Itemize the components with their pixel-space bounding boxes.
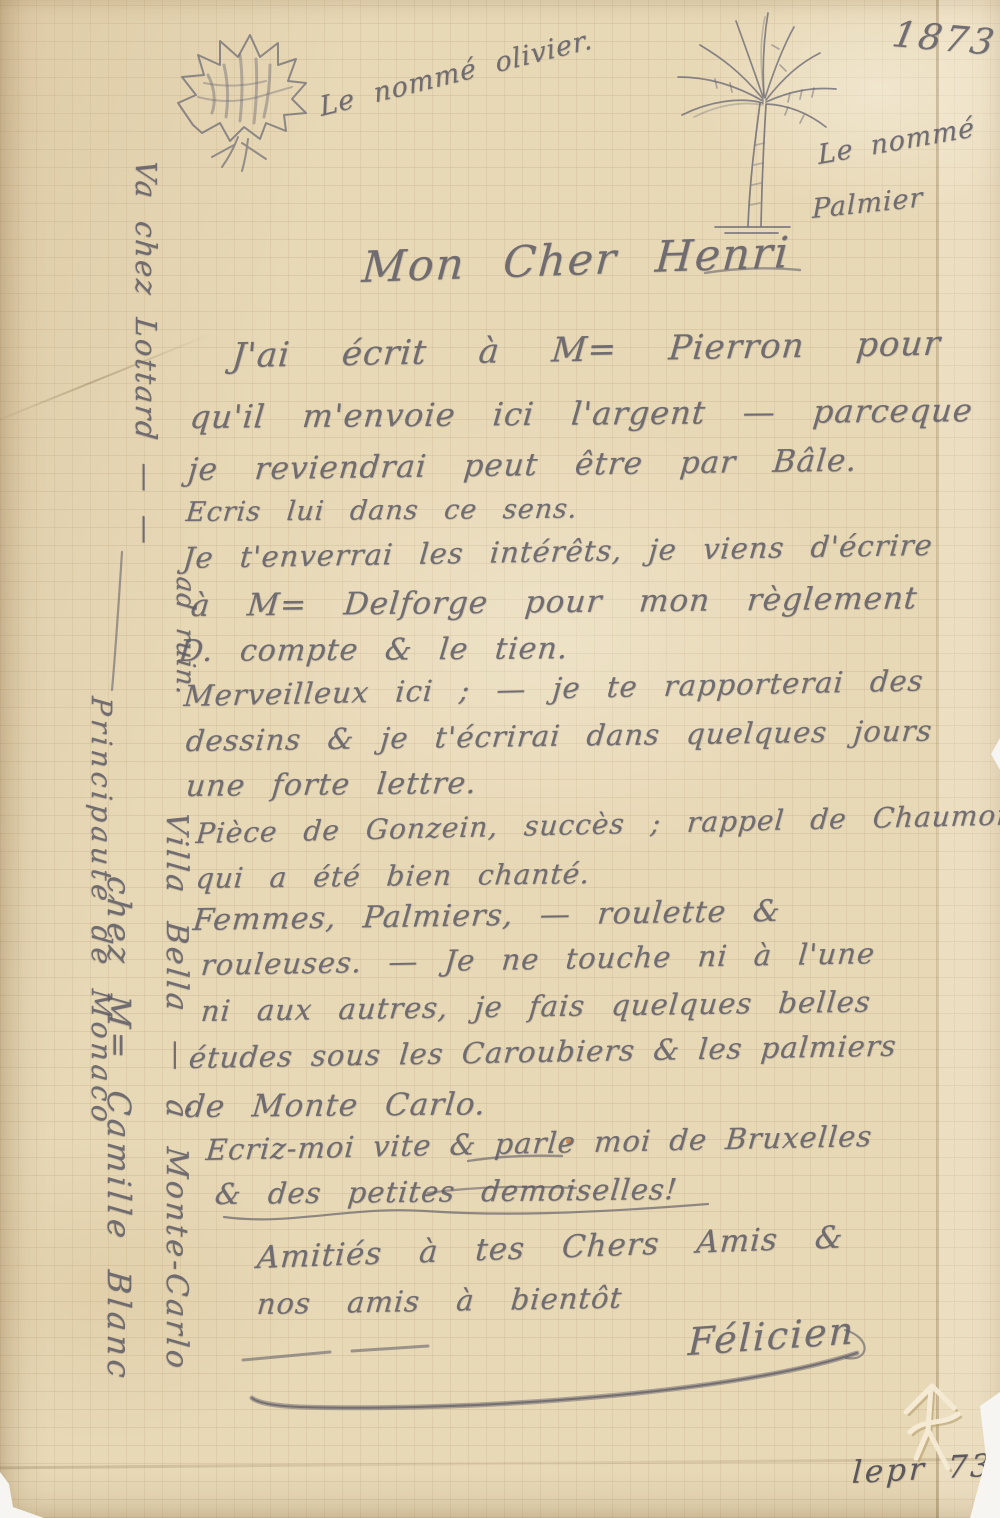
body-line-5: Je t'enverrai les intérêts, je viens d'é… [182, 528, 935, 575]
margin-note-chez-camille-blanc: chez M= Camille Blanc [100, 875, 138, 1384]
signature-flourish [252, 1353, 857, 1408]
fold-crease-top-left [0, 333, 211, 429]
salutation: Mon Cher Henri [360, 228, 792, 293]
year-annotation: 1873 [889, 14, 1000, 63]
body-line-8: Merveilleux ici ; — je te rapporterai de… [183, 663, 925, 713]
palm-sketch-caption-line1: Le nommé [817, 112, 976, 171]
olive-tree-sketch [168, 25, 343, 175]
closing-line-1: Amitiés à tes Chers Amis & [256, 1219, 845, 1276]
margin-bar-stroke [112, 552, 122, 690]
body-line-17: de Monte Carlo. [183, 1086, 487, 1125]
signature: Félicien [687, 1308, 856, 1364]
closing-line-2: nos amis à bientôt [256, 1281, 624, 1321]
body-line-9: dessins & je t'écrirai dans quelques jou… [184, 714, 933, 758]
body-line-12: qui a été bien chanté. [194, 857, 591, 895]
right-edge-light-strip [939, 0, 1000, 1518]
signature-flourish-core [252, 1353, 857, 1408]
olive-sketch-caption: Le nommé olivier. [318, 24, 595, 123]
margin-note-va-chez-lottard: Va chez Lottard — — [129, 159, 163, 548]
body-line-16: études sous les Caroubiers & les palmier… [188, 1029, 899, 1075]
body-line-11: Pièce de Gonzein, succès ; rappel de Cha… [195, 798, 1000, 850]
fold-crease-bottom [0, 1458, 1000, 1470]
body-line-1: J'ai écrit à M= Pierron pour [230, 324, 942, 376]
margin-note-ad-ruin: ad ruin. [170, 575, 200, 697]
body-line-3: je reviendrai peut être par Bâle. [186, 443, 859, 488]
closing-dash-2 [352, 1346, 428, 1351]
body-line-14: rouleuses. — Je ne touche ni à l'une [200, 936, 877, 982]
body-line-2: qu'il m'envoie ici l'argent — parceque [188, 391, 974, 436]
body-line-19: & des petites demoiselles! [213, 1172, 679, 1211]
body-line-6: à M= Delforge pour mon règlement [189, 580, 919, 624]
body-line-10: une forte lettre. [184, 766, 478, 804]
paper-sheet: Le nommé olivier. 1873 Le nommé Palmier … [0, 0, 1000, 1518]
closing-dash-1 [243, 1352, 330, 1360]
body-line-7: D. compte & le tien. [177, 631, 570, 669]
body-line-4: Ecris lui dans ce sens. [185, 494, 580, 528]
margin-note-villa-bella: Villa Bella — à Monte-Carlo [159, 811, 194, 1373]
collection-mark: lepr 73 [851, 1448, 994, 1492]
body-line-13: Femmes, Palmiers, — roulette & [191, 894, 782, 938]
body-line-15: ni aux autres, je fais quelques belles [199, 985, 872, 1028]
fold-crease-right [936, 0, 939, 1518]
palm-sketch-caption-line2: Palmier [812, 182, 923, 225]
body-line-18: Ecriz-moi vite & parle moi de Bruxelles [205, 1119, 874, 1167]
